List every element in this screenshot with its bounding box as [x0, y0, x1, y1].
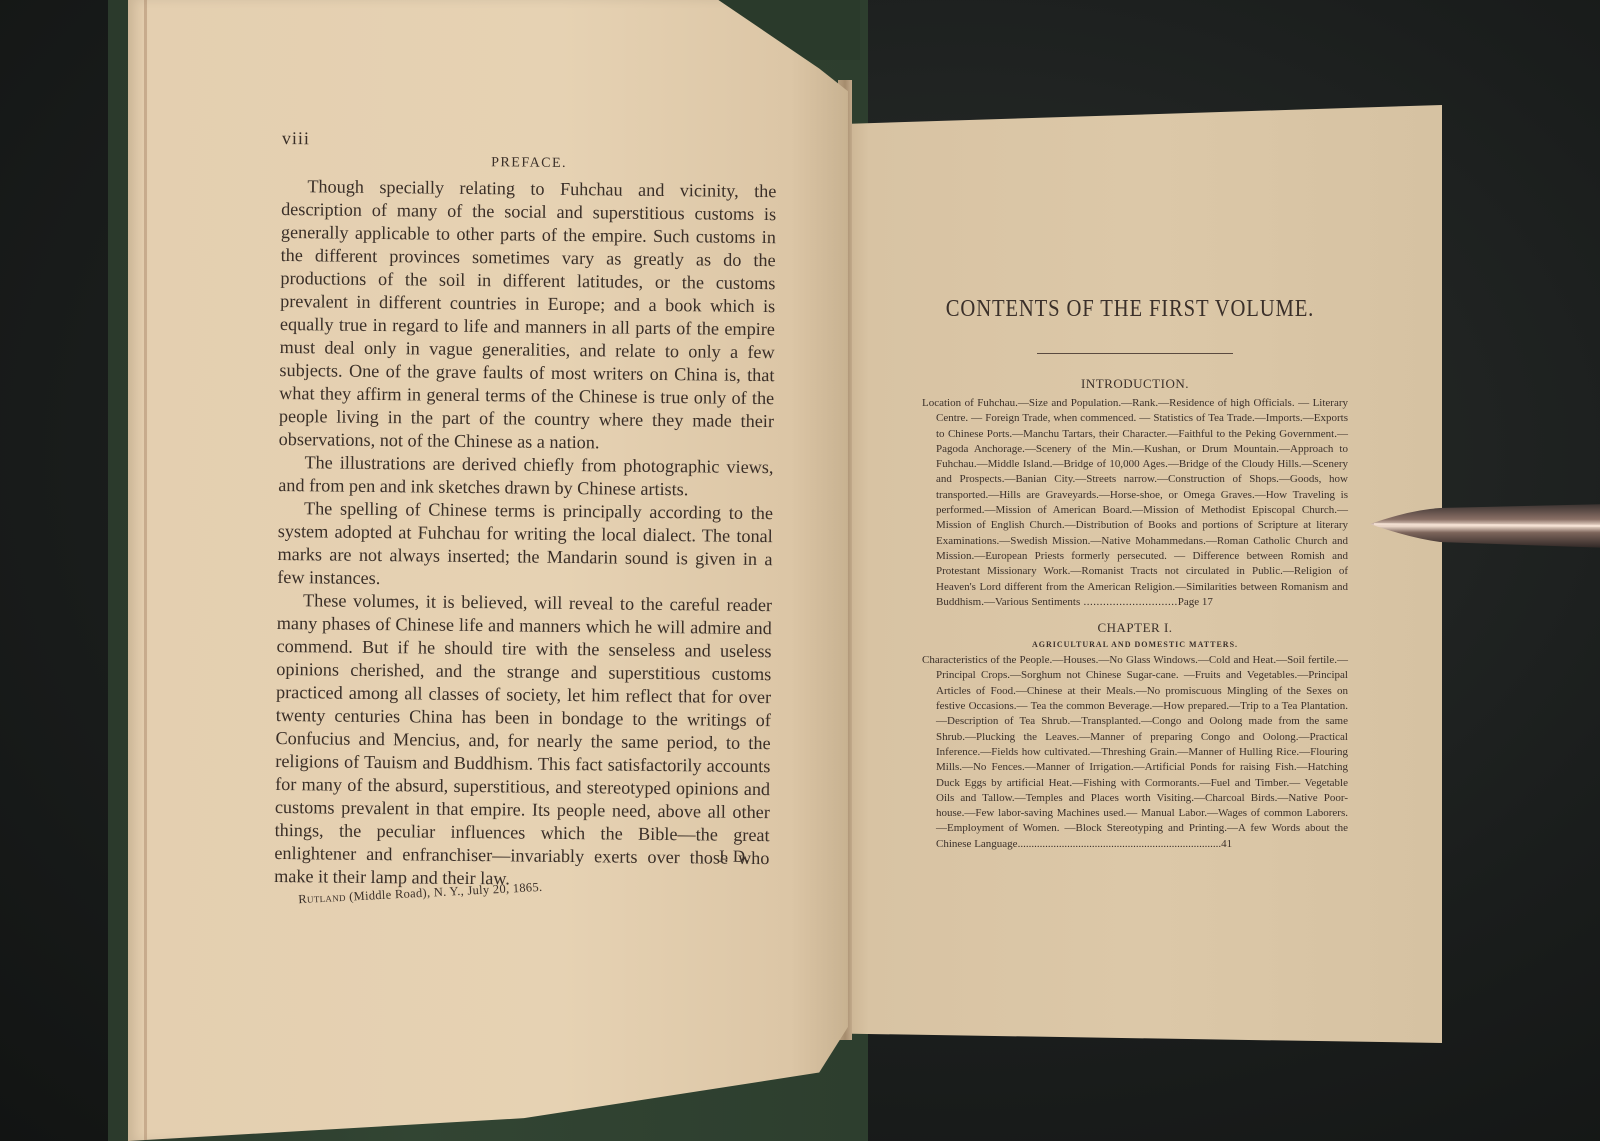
section-subheading: AGRICULTURAL AND DOMESTIC MATTERS. [922, 640, 1348, 649]
contents-text-block: CONTENTS OF THE FIRST VOLUME. INTRODUCTI… [922, 296, 1348, 852]
title-rule-divider [1037, 353, 1233, 354]
contents-section-introduction: INTRODUCTION. Location of Fuhchau.—Size … [922, 376, 1348, 610]
page-fold-line [144, 0, 147, 1141]
page-number: viii [282, 128, 777, 154]
preface-text-block: viii PREFACE. Though specially relating … [274, 128, 777, 912]
dateline-place: Rutland [298, 890, 346, 906]
section-heading: INTRODUCTION. [922, 376, 1348, 392]
pen-pointer-icon [1370, 500, 1600, 552]
preface-paragraph: Though specially relating to Fuhchau and… [279, 175, 777, 456]
preface-body: Though specially relating to Fuhchau and… [274, 175, 776, 893]
photo-scene: viii PREFACE. Though specially relating … [0, 0, 1600, 1141]
preface-paragraph: These volumes, it is believed, will reve… [274, 589, 772, 893]
section-entry-text: Characteristics of the People.—Houses.—N… [922, 654, 1348, 850]
preface-paragraph: The spelling of Chinese terms is princip… [277, 497, 773, 594]
page-reference: 41 [1221, 838, 1232, 850]
preface-heading: PREFACE. [282, 153, 777, 174]
section-heading: CHAPTER I. [922, 620, 1348, 636]
section-entry-text: Location of Fuhchau.—Size and Population… [922, 397, 1348, 608]
preface-paragraph: The illustrations are derived chiefly fr… [278, 451, 773, 502]
section-entry: Characteristics of the People.—Houses.—N… [922, 653, 1348, 852]
dot-leader: ............................. [1080, 596, 1178, 608]
contents-section-chapter-1: CHAPTER I. AGRICULTURAL AND DOMESTIC MAT… [922, 620, 1348, 852]
section-entry: Location of Fuhchau.—Size and Population… [922, 396, 1348, 610]
dot-leader: ........................................… [1018, 838, 1222, 850]
page-reference: Page 17 [1178, 596, 1213, 608]
contents-title: CONTENTS OF THE FIRST VOLUME. [943, 296, 1318, 323]
